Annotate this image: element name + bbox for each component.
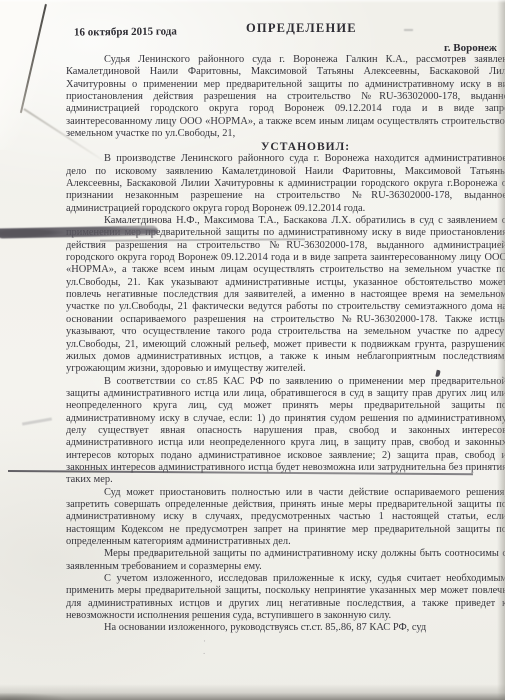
footer-stray-dots: · .: [203, 636, 219, 640]
title-smudge: [404, 29, 413, 31]
body-paragraph: На основании изложенного, руководствуясь…: [66, 622, 505, 634]
body-paragraph: С учетом изложенного, исследовав приложе…: [66, 573, 505, 622]
body-paragraph: Суд может приостановить полностью или в …: [66, 487, 505, 549]
scanned-court-order-page: 16 октября 2015 года ОПРЕДЕЛЕНИЕ г. Воро…: [0, 0, 505, 700]
body-paragraph: В производстве Ленинского районного суда…: [66, 153, 505, 215]
document-text-layer: 16 октября 2015 года ОПРЕДЕЛЕНИЕ г. Воро…: [0, 0, 505, 700]
section-header-ustanovil: УСТАНОВИЛ:: [66, 141, 505, 153]
intro-paragraph: Судья Ленинского районного суда г. Ворон…: [66, 54, 505, 140]
intro-block: Судья Ленинского районного суда г. Ворон…: [66, 54, 505, 140]
body-paragraph: Меры предварительной защиты по администр…: [66, 548, 505, 573]
document-date: 16 октября 2015 года: [74, 25, 177, 38]
document-title: ОПРЕДЕЛЕНИЕ: [246, 21, 357, 36]
document-city: г. Воронеж: [444, 42, 497, 54]
body-block: УСТАНОВИЛ: В производстве Ленинского рай…: [66, 141, 505, 635]
